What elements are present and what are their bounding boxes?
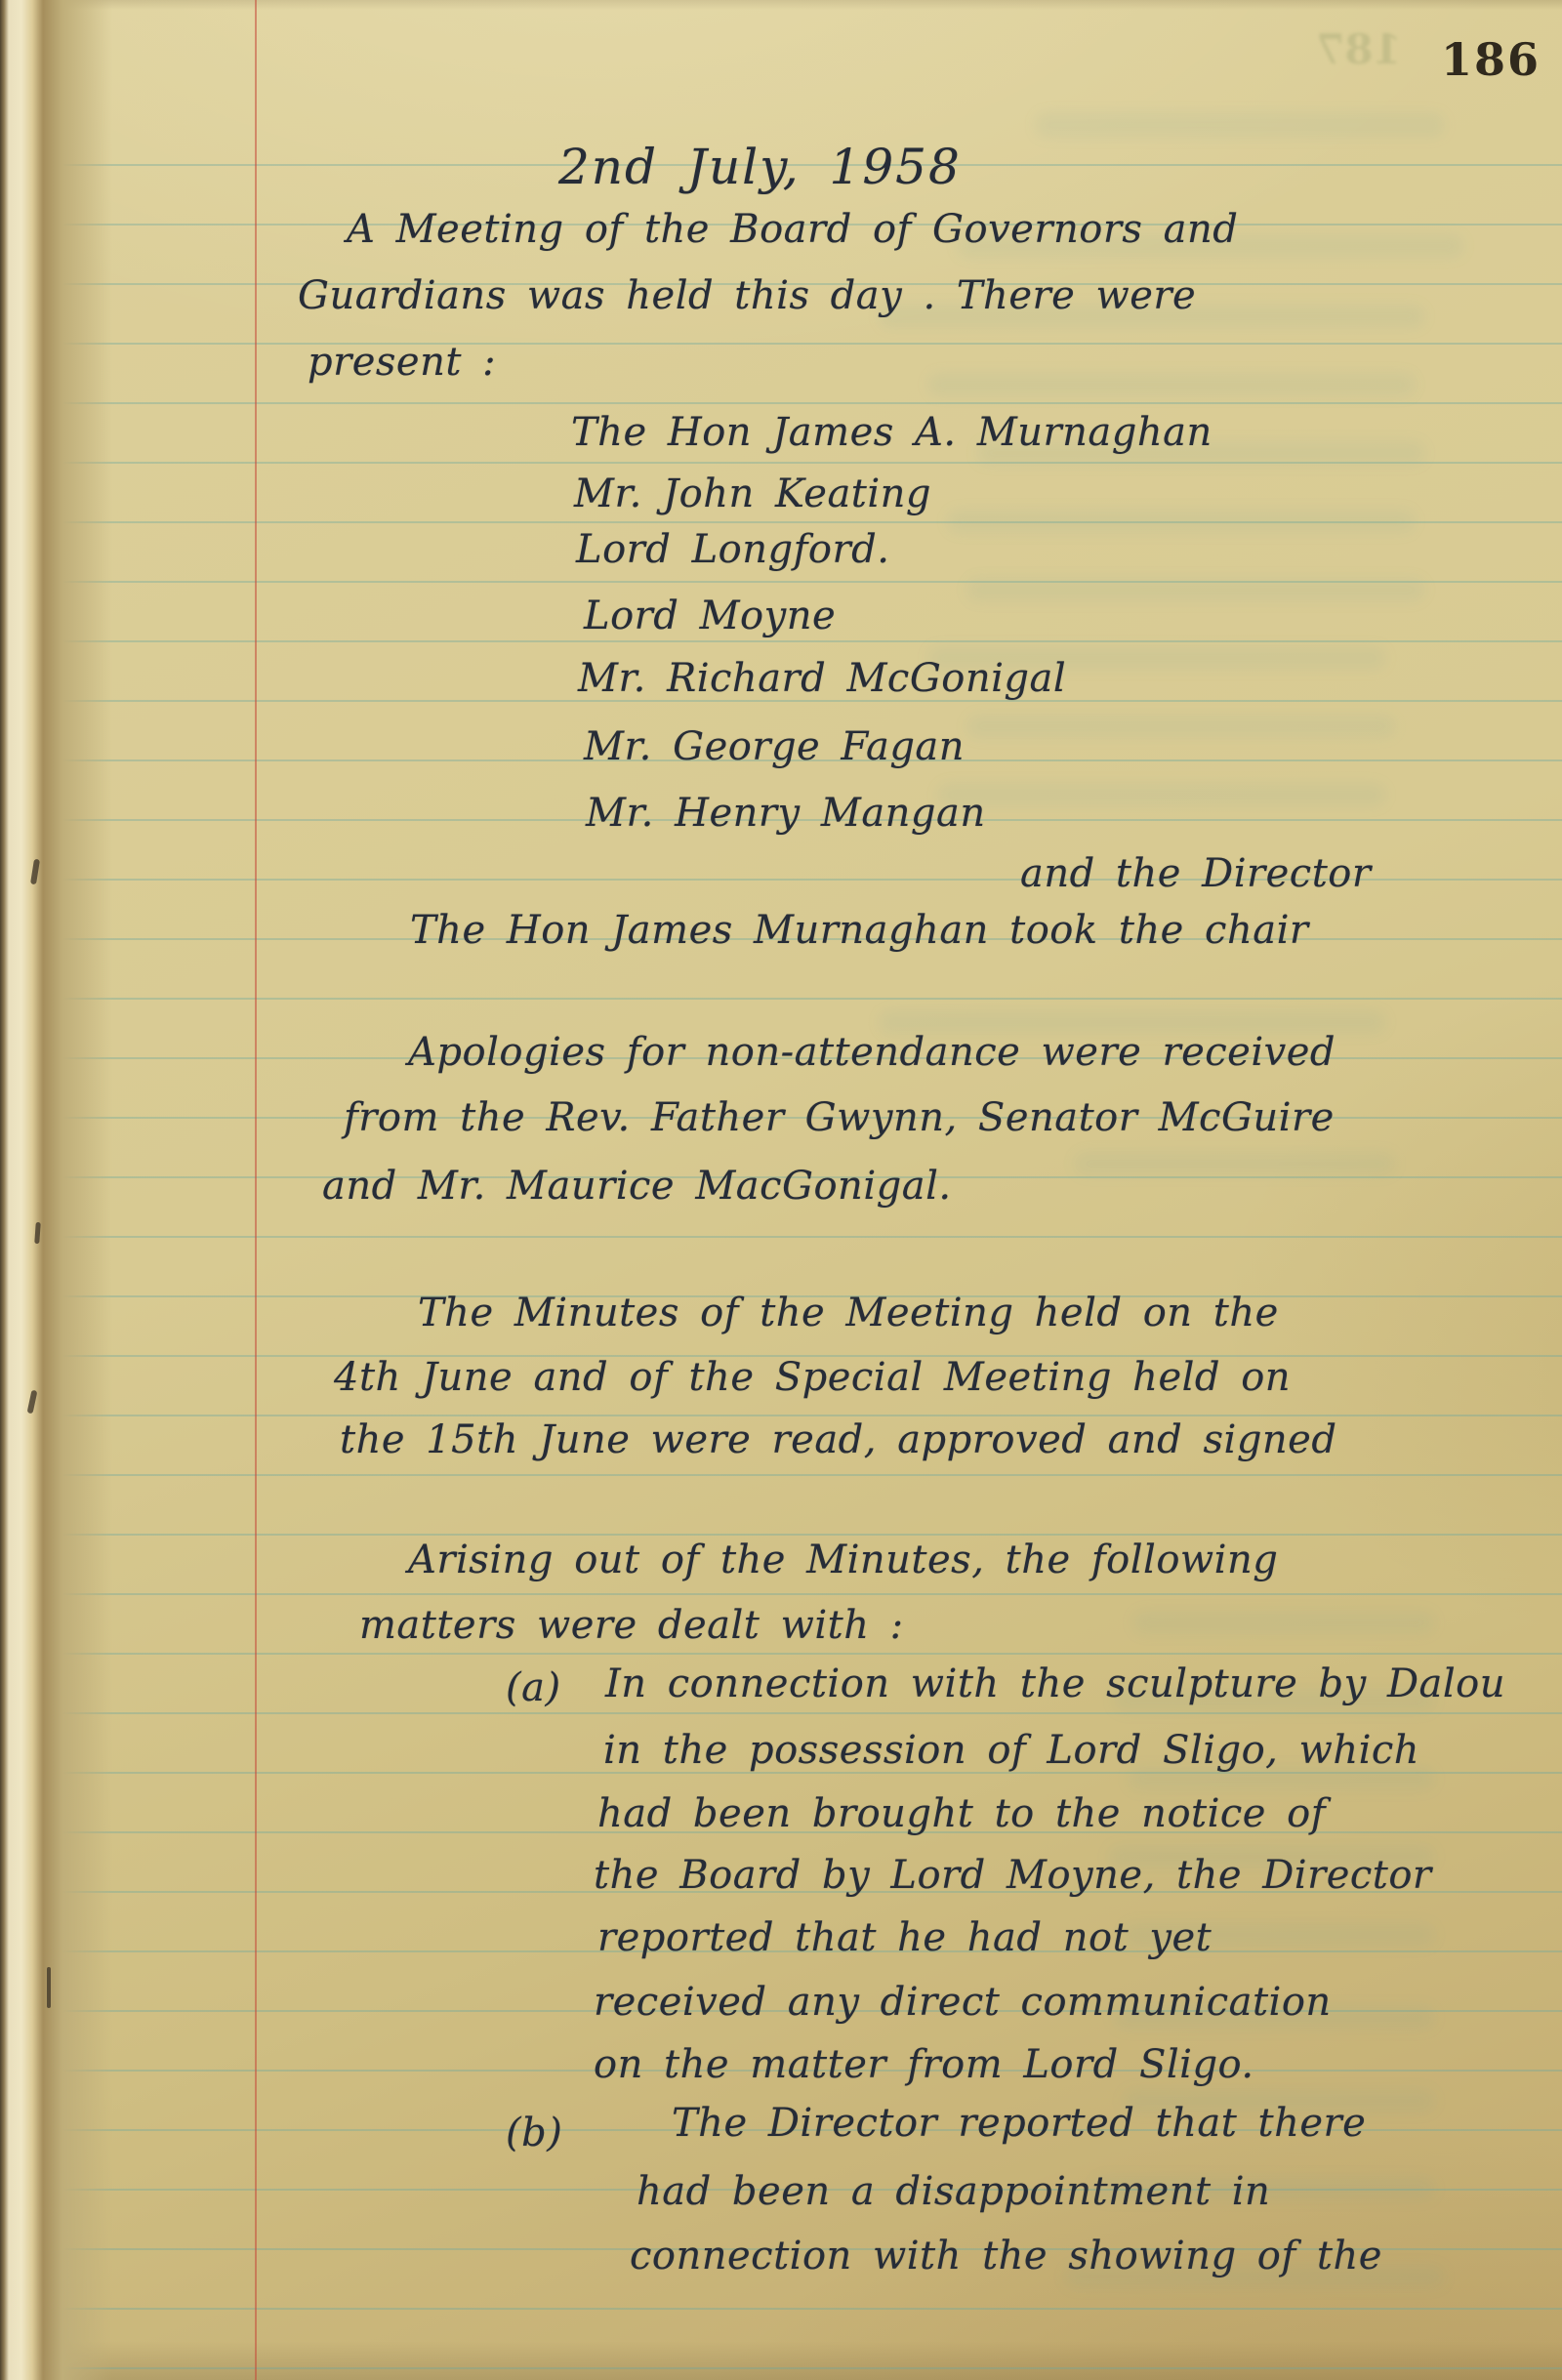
binding-stitch — [30, 859, 40, 885]
ghost-page-number: 187 — [1316, 25, 1402, 73]
arising-line: Arising out of the Minutes, the followin… — [408, 1538, 1278, 1582]
item-a-line: in the possession of Lord Sligo, which — [603, 1728, 1419, 1773]
item-a-label: (a) — [506, 1665, 561, 1710]
item-b-line: had been a disappointment in — [637, 2169, 1270, 2214]
chair-line: The Hon James Murnaghan took the chair — [410, 908, 1308, 953]
binding-stitch — [34, 1222, 41, 1244]
minutes-approval-line: 4th June and of the Special Meeting held… — [334, 1355, 1291, 1400]
binding-stitch — [47, 1967, 51, 2008]
scanned-minute-book-page: { "page": { "number": "186", "ghost_numb… — [0, 0, 1562, 2380]
arising-line: matters were dealt with : — [359, 1603, 904, 1648]
attendee-name: Mr. George Fagan — [584, 724, 965, 769]
item-b-line: connection with the showing of the — [630, 2234, 1382, 2278]
binding-stitch — [27, 1390, 38, 1415]
attendee-name: The Hon James A. Murnaghan — [571, 410, 1213, 455]
book-binding-edge — [0, 0, 117, 2380]
opening-line: Guardians was held this day . There were — [298, 273, 1196, 318]
item-a-line: reported that he had not yet — [597, 1915, 1212, 1960]
apologies-line: and Mr. Maurice MacGonigal. — [322, 1164, 952, 1209]
item-a-line: had been brought to the notice of — [597, 1791, 1326, 1836]
minutes-approval-line: the 15th June were read, approved and si… — [340, 1417, 1336, 1462]
attendee-name: Mr. Henry Mangan — [586, 791, 986, 836]
attendee-name: Lord Moyne — [584, 594, 836, 638]
item-a-line: on the matter from Lord Sligo. — [594, 2042, 1254, 2087]
item-b-label: (b) — [506, 2111, 562, 2155]
apologies-line: Apologies for non-attendance were receiv… — [408, 1030, 1336, 1075]
item-a-line: received any direct communication — [594, 1980, 1332, 2025]
opening-line: A Meeting of the Board of Governors and — [347, 207, 1238, 252]
attendees-suffix: and the Director — [1020, 851, 1372, 896]
opening-line: present : — [308, 340, 496, 385]
item-a-line: the Board by Lord Moyne, the Director — [594, 1853, 1432, 1898]
attendee-name: Mr. Richard McGonigal — [578, 656, 1066, 701]
item-a-line: In connection with the sculpture by Dalo… — [605, 1662, 1505, 1706]
date-heading: 2nd July, 1958 — [558, 139, 962, 195]
minutes-approval-line: The Minutes of the Meeting held on the — [418, 1291, 1279, 1335]
red-margin-line — [255, 0, 257, 2380]
apologies-line: from the Rev. Father Gwynn, Senator McGu… — [344, 1095, 1335, 1140]
attendee-name: Mr. John Keating — [574, 472, 931, 516]
attendee-name: Lord Longford. — [576, 527, 889, 572]
notebook-page: 187 186 2nd July, 1958 A Meeting of the … — [0, 0, 1562, 2380]
item-b-line: The Director reported that there — [672, 2101, 1366, 2146]
page-number: 186 — [1441, 33, 1541, 86]
